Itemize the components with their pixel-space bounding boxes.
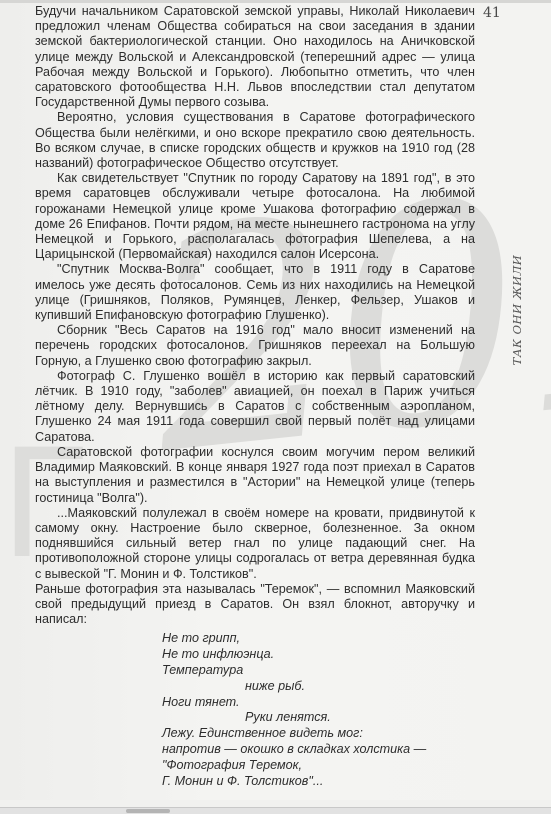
poem-line: Не то грипп, <box>162 631 475 647</box>
running-head-text: ТАК ОНИ ЖИЛИ <box>510 245 524 375</box>
poem: Не то грипп, Не то инфлюэнца. Температур… <box>162 631 475 789</box>
poem-line: Руки ленятся. <box>162 710 475 726</box>
paragraph: Как свидетельствует "Спутник по городу С… <box>35 171 475 262</box>
poem-line: "Фотография Теремок, <box>162 758 475 774</box>
paragraph: "Спутник Москва-Волга" сообщает, что в 1… <box>35 262 475 323</box>
poem-line: напротив — окошко в складках холстика — <box>162 742 475 758</box>
paragraph: Вероятно, условия существования в Сарато… <box>35 110 475 171</box>
poem-line: ниже рыб. <box>162 679 475 695</box>
paragraph: Раньше фотография эта называлась "Теремо… <box>35 582 475 628</box>
horizontal-scrollbar[interactable] <box>0 807 551 814</box>
poem-line: Температура <box>162 663 475 679</box>
poem-line: Ноги тянет. <box>162 695 475 711</box>
page-number: 41 <box>483 5 501 21</box>
poem-line: Г. Монин и Ф. Толстиков"... <box>162 774 475 790</box>
poem-line: Лежу. Единственное видеть мог: <box>162 726 475 742</box>
paragraph: Будучи начальником Саратовской земской у… <box>35 4 475 110</box>
book-page: 2013 Г 41 ТАК ОНИ ЖИЛИ Будучи начальнико… <box>0 0 551 800</box>
paragraph: Сборник "Весь Саратов на 1916 год" мало … <box>35 323 475 369</box>
paragraph: Саратовской фотографии коснулся своим мо… <box>35 445 475 506</box>
paragraph: ...Маяковский полулежал в своём номере н… <box>35 506 475 582</box>
running-head: ТАК ОНИ ЖИЛИ <box>507 248 527 378</box>
paragraph: Фотограф С. Глушенко вошёл в историю как… <box>35 369 475 445</box>
body-text: Будучи начальником Саратовской земской у… <box>35 4 475 789</box>
page-top-edge <box>0 0 551 3</box>
scrollbar-thumb[interactable] <box>126 809 170 813</box>
poem-line: Не то инфлюэнца. <box>162 647 475 663</box>
